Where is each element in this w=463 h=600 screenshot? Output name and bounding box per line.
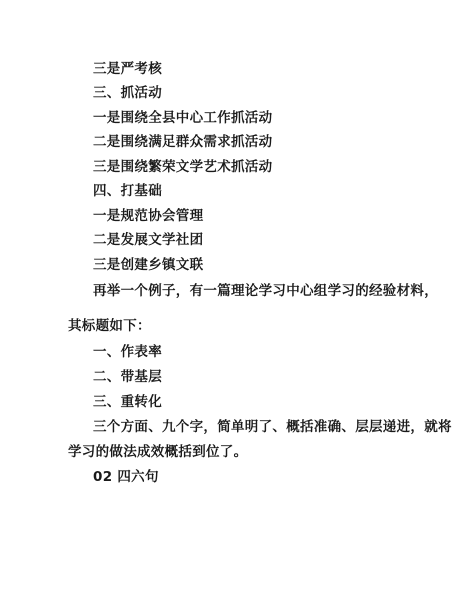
section-heading: 三、重转化	[93, 394, 162, 410]
text-line: 二是发展文学社团	[93, 232, 203, 248]
paragraph-line: 再举一个例子，有一篇理论学习中心组学习的经验材料，	[93, 283, 438, 299]
text-line: 一是围绕全县中心工作抓活动	[93, 110, 272, 126]
section-heading: 一、作表率	[93, 344, 162, 360]
section-heading: 四、打基础	[93, 183, 162, 199]
subsection-heading: 02 四六句	[93, 469, 159, 485]
text-line: 三是创建乡镇文联	[93, 257, 203, 273]
section-heading: 二、带基层	[93, 369, 162, 385]
document-page: 三是严考核 三、抓活动 一是围绕全县中心工作抓活动 二是围绕满足群众需求抓活动 …	[0, 0, 463, 600]
paragraph-line: 三个方面、九个字，简单明了、概括准确、层层递进，就将	[93, 419, 452, 435]
text-line: 一是规范协会管理	[93, 208, 203, 224]
text-line: 三是严考核	[93, 61, 162, 77]
section-heading: 三、抓活动	[93, 85, 162, 101]
paragraph-line: 学习的做法成效概括到位了。	[68, 444, 247, 460]
paragraph-line: 其标题如下：	[68, 318, 151, 334]
text-line: 二是围绕满足群众需求抓活动	[93, 134, 272, 150]
text-line: 三是围绕繁荣文学艺术抓活动	[93, 159, 272, 175]
